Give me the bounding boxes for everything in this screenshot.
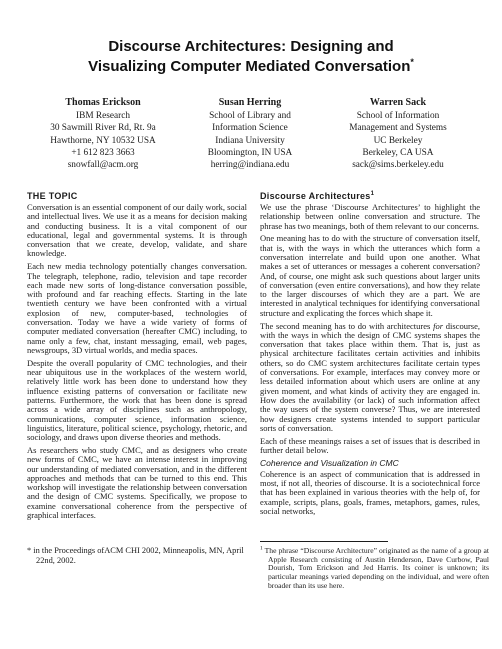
body-paragraph: Each new media technology potentially ch…: [27, 262, 247, 355]
paper-title-line2: Visualizing Computer Mediated Conversati…: [0, 57, 502, 77]
body-paragraph: Each of these meanings raises a set of i…: [260, 437, 480, 456]
heading-footnote-marker: 1: [371, 191, 375, 197]
author-block-herring: Susan Herring School of Library and Info…: [180, 97, 320, 171]
footnote-text: in the Proceedings ofACM CHI 2002, Minne…: [31, 546, 244, 565]
author-affiliation-line: Indiana University: [180, 135, 320, 147]
author-affiliation-line: IBM Research: [23, 110, 183, 122]
author-name: Susan Herring: [180, 97, 320, 109]
paper-title-line1: Discourse Architectures: Designing and: [0, 37, 502, 57]
body-paragraph: As researchers who study CMC, and as des…: [27, 446, 247, 520]
title-footnote-marker: *: [410, 57, 414, 67]
author-affiliation-line: 30 Sawmill River Rd, Rt. 9a: [23, 122, 183, 134]
author-block-sack: Warren Sack School of Information Manage…: [322, 97, 474, 171]
body-paragraph: The second meaning has to do with archit…: [260, 322, 480, 434]
discourse-architecture-footnote: 1 The phrase “Discourse Architecture” or…: [260, 547, 489, 591]
author-affiliation-line: UC Berkeley: [322, 135, 474, 147]
body-paragraph: We use the phrase ‘Discourse Architectur…: [260, 203, 480, 231]
body-paragraph: Conversation is an essential component o…: [27, 203, 247, 259]
subsection-heading-coherence: Coherence and Visualization in CMC: [260, 459, 480, 469]
right-column: Discourse Architectures1 We use the phra…: [260, 191, 480, 520]
author-affiliation-line: School of Library and: [180, 110, 320, 122]
author-block-erickson: Thomas Erickson IBM Research 30 Sawmill …: [23, 97, 183, 171]
author-affiliation-line: School of Information: [322, 110, 474, 122]
paper-title: Discourse Architectures: Designing and V…: [0, 37, 502, 77]
paper-page: Discourse Architectures: Designing and V…: [0, 0, 502, 649]
author-name: Thomas Erickson: [23, 97, 183, 109]
author-affiliation-line: Management and Systems: [322, 122, 474, 134]
footnote-rule: [260, 541, 388, 542]
author-name: Warren Sack: [322, 97, 474, 109]
author-affiliation-line: Berkeley, CA USA: [322, 147, 474, 159]
left-column: THE TOPIC Conversation is an essential c…: [27, 191, 247, 524]
body-paragraph: Coherence is an aspect of communication …: [260, 470, 480, 516]
author-affiliation-line: Bloomington, IN USA: [180, 147, 320, 159]
author-email: sack@sims.berkeley.edu: [322, 159, 474, 171]
body-paragraph: Despite the overall popularity of CMC te…: [27, 359, 247, 443]
section-heading-the-topic: THE TOPIC: [27, 191, 247, 201]
title-footnote: * in the Proceedings ofACM CHI 2002, Min…: [27, 546, 256, 565]
body-paragraph: One meaning has to do with the structure…: [260, 234, 480, 318]
footnote-text: The phrase “Discourse Architecture” orig…: [263, 546, 489, 590]
author-affiliation-line: Information Science: [180, 122, 320, 134]
author-email: herring@indiana.edu: [180, 159, 320, 171]
author-phone: +1 612 823 3663: [23, 147, 183, 159]
section-heading-discourse-architectures: Discourse Architectures1: [260, 191, 480, 201]
author-email: snowfall@acm.org: [23, 159, 183, 171]
author-affiliation-line: Hawthorne, NY 10532 USA: [23, 135, 183, 147]
